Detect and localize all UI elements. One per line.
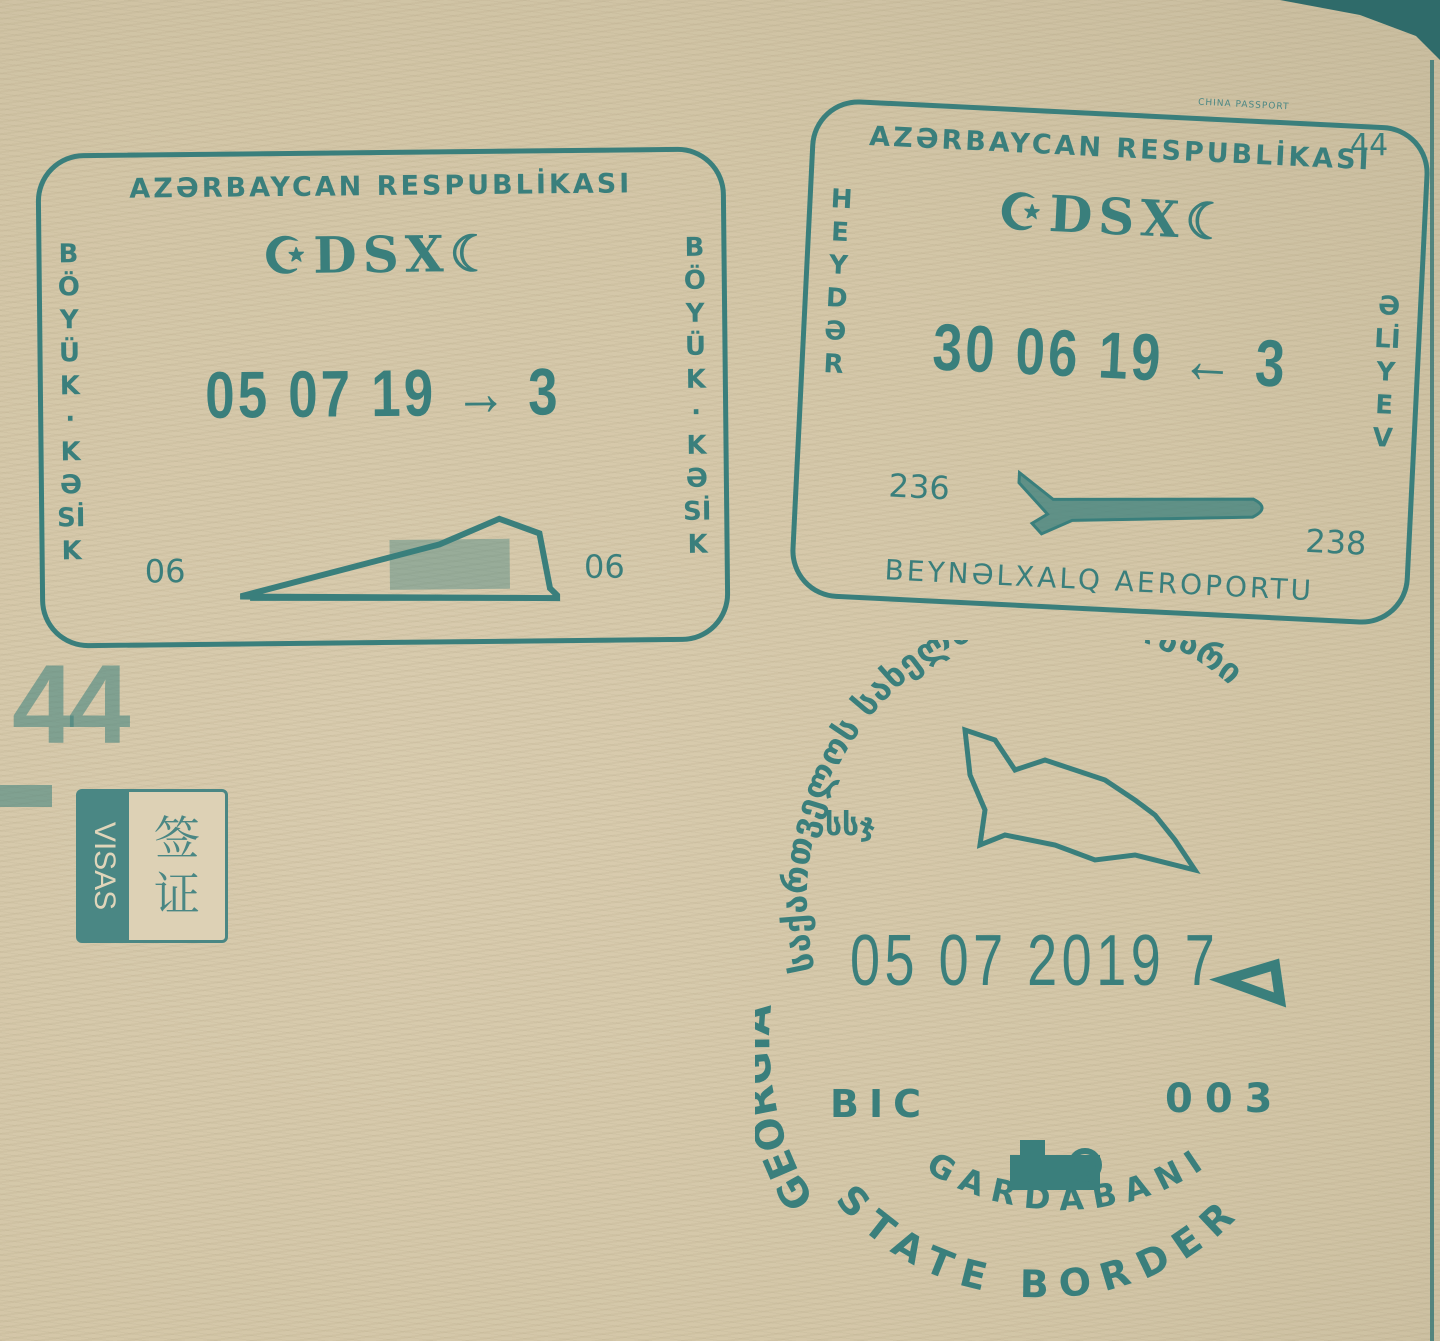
stamp-date: 05 07 19 → 3 [111, 352, 656, 434]
azerbaijan-entry-stamp: AZƏRBAYCAN RESPUBLİKASI ☪DSX☾ HEYDƏR ƏLİ… [788, 97, 1432, 627]
visas-text-zh-1: 签 [154, 810, 200, 866]
visas-text-zh-2: 证 [154, 866, 200, 922]
train-icon [239, 513, 560, 606]
stamp-right-vertical: BÖYÜK·KƏSİK [679, 232, 712, 562]
svg-text:GEORGIA: GEORGIA [755, 1002, 823, 1218]
georgia-map-icon [965, 730, 1195, 870]
dsx-logo: ☪DSX☾ [811, 172, 1423, 261]
dsx-logo: ☪DSX☾ [41, 221, 722, 287]
stamp-right-vertical: ƏLİYEV [1367, 290, 1405, 456]
decorative-mark [0, 785, 52, 807]
page-edge [1430, 60, 1434, 1341]
page-number-side: 44 [12, 640, 125, 769]
georgian-short-text: სსჯ [825, 808, 875, 843]
direction-triangle-icon [1225, 965, 1280, 1000]
visas-text-en: VISAS [87, 822, 121, 910]
visas-label: VISAS 签 证 [76, 789, 228, 943]
azerbaijan-exit-stamp: AZƏRBAYCAN RESPUBLİKASI ☪DSX☾ BÖYÜK·KƏSİ… [35, 146, 730, 648]
stamp-code-right: 06 [584, 547, 625, 585]
stamp-code-left: 236 [888, 466, 951, 507]
train-icon [1010, 1140, 1100, 1190]
stamp-code-right: 003 [1165, 1076, 1285, 1122]
stamp-code-left: 06 [145, 552, 186, 590]
stamp-date: 30 06 19 ← 3 [865, 305, 1356, 405]
stamp-left-vertical: BÖYÜK·KƏSİK [53, 238, 86, 568]
airplane-icon [1011, 467, 1274, 550]
stamp-code-left: BIC [830, 1082, 931, 1126]
stamp-date: 05 07 2019 7 [850, 920, 1219, 1002]
stamp-country: AZƏRBAYCAN RESPUBLİKASI [815, 118, 1426, 179]
stamp-country: AZƏRBAYCAN RESPUBLİKASI [41, 167, 721, 205]
stamp-code-right: 238 [1304, 522, 1367, 563]
